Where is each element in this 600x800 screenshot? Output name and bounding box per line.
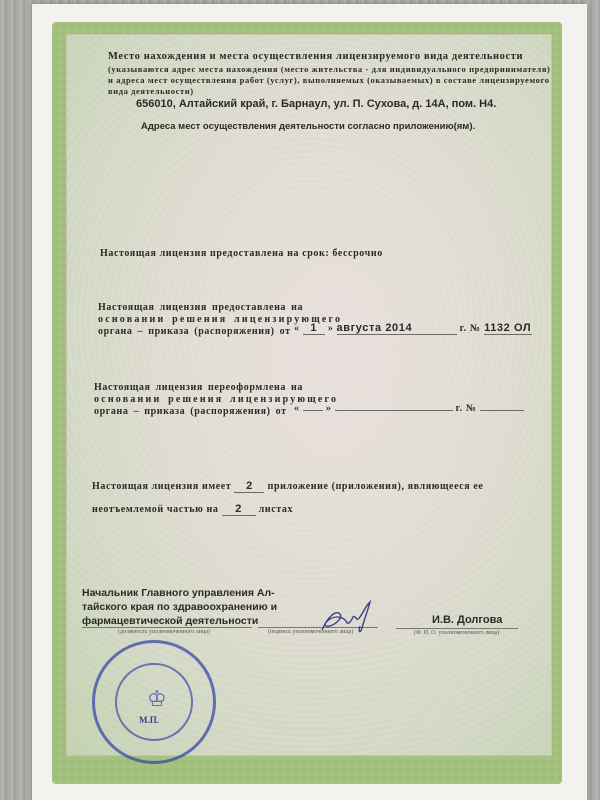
appendix-text-2: приложение (приложения), являющееся ее bbox=[268, 481, 484, 492]
granted-g-no: г. № bbox=[460, 323, 481, 334]
official-stamp: ♔ М.П. bbox=[92, 640, 216, 764]
signature-mark bbox=[318, 596, 378, 636]
location-note-1: (указываются адрес места нахождения (мес… bbox=[108, 64, 551, 75]
appendix-count: 2 bbox=[234, 480, 264, 493]
address-note: Адреса мест осуществления деятельности с… bbox=[141, 121, 475, 132]
reissued-g-no: г. № bbox=[456, 403, 477, 414]
reissued-line-1: Настоящая лицензия переоформлена на bbox=[94, 382, 338, 394]
position-line-2: тайского края по здравоохранению и bbox=[82, 600, 277, 614]
appendix-text-4: листах bbox=[259, 504, 293, 515]
signatory-position: Начальник Главного управления Ал- тайско… bbox=[82, 586, 277, 628]
stamp-inner-ring: ♔ М.П. bbox=[115, 663, 193, 741]
appendix-text-3: неотъемлемой частью на bbox=[92, 504, 218, 515]
open-quote: « bbox=[294, 403, 300, 414]
location-note-3: вида деятельности) bbox=[108, 86, 194, 97]
reissued-number bbox=[480, 410, 524, 411]
granted-line-1: Настоящая лицензия предоставлена на bbox=[98, 302, 342, 314]
position-caption: (должность уполномоченного лица) bbox=[118, 629, 210, 635]
appendix-line-2: неотъемлемой частью на 2 листах bbox=[92, 503, 293, 516]
name-caption: (Ф. И. О. уполномоченного лица) bbox=[414, 630, 499, 636]
appendix-sheets: 2 bbox=[222, 503, 256, 516]
close-quote: » bbox=[328, 323, 334, 334]
location-note-2: и адреса мест осуществления работ (услуг… bbox=[108, 75, 550, 86]
address: 656010, Алтайский край, г. Барнаул, ул. … bbox=[136, 98, 496, 110]
granted-month-year: августа 2014 bbox=[337, 322, 457, 335]
open-quote: « bbox=[294, 323, 300, 334]
position-line-1: Начальник Главного управления Ал- bbox=[82, 586, 277, 600]
appendix-text-1: Настоящая лицензия имеет bbox=[92, 481, 231, 492]
coat-of-arms-icon: ♔ bbox=[147, 685, 163, 713]
signatory-name: И.В. Долгова bbox=[432, 614, 502, 626]
granted-number: 1132 ОЛ bbox=[484, 322, 532, 335]
stamp-label: М.П. bbox=[139, 715, 159, 725]
granted-date-row: « 1 » августа 2014 г. № 1132 ОЛ bbox=[294, 322, 532, 335]
reissued-day bbox=[303, 410, 323, 411]
term-line: Настоящая лицензия предоставлена на срок… bbox=[100, 248, 383, 259]
reissued-month-year bbox=[335, 410, 453, 411]
granted-day: 1 bbox=[303, 322, 325, 335]
close-quote: » bbox=[326, 403, 332, 414]
reissued-date-row: « » г. № bbox=[294, 403, 524, 414]
appendix-line-1: Настоящая лицензия имеет 2 приложение (п… bbox=[92, 480, 483, 493]
location-heading: Место нахождения и места осуществления л… bbox=[108, 51, 523, 62]
position-line-3: фармацевтической деятельности bbox=[82, 614, 277, 628]
